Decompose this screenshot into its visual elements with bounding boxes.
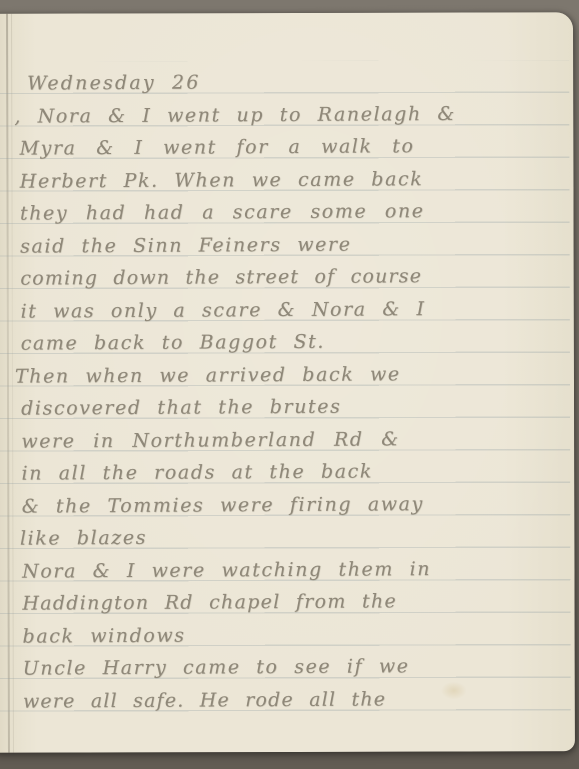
- diary-line: , Nora & I went up to Ranelagh &: [0, 97, 572, 133]
- notebook-page: Wednesday 26 , Nora & I went up to Ranel…: [0, 12, 575, 753]
- diary-line: Then when we arrived back we: [0, 357, 574, 393]
- diary-line: discovered that the brutes: [0, 389, 574, 425]
- diary-line: said the Sinn Feiners were: [0, 227, 573, 263]
- diary-line: they had had a scare some one: [0, 194, 573, 230]
- diary-line: in all the roads at the back: [0, 454, 575, 490]
- photo-backdrop: Wednesday 26 , Nora & I went up to Ranel…: [0, 0, 579, 769]
- entry-date-heading: Wednesday 26: [0, 64, 572, 100]
- diary-line: Nora & I were watching them in: [0, 552, 575, 588]
- diary-line: it was only a scare & Nora & I: [0, 292, 574, 328]
- diary-line: were in Northumberland Rd &: [0, 422, 574, 458]
- diary-line: Herbert Pk. When we came back: [0, 162, 573, 198]
- diary-line: were all safe. He rode all the: [0, 682, 576, 718]
- diary-entry: Wednesday 26 , Nora & I went up to Ranel…: [0, 64, 576, 718]
- diary-line: Uncle Harry came to see if we: [0, 649, 576, 685]
- diary-line: & the Tommies were firing away: [0, 487, 575, 523]
- diary-line: back windows: [0, 617, 576, 653]
- diary-line: coming down the street of course: [0, 259, 573, 295]
- diary-line: Haddington Rd chapel from the: [0, 584, 575, 620]
- diary-line: like blazes: [0, 519, 575, 555]
- diary-line: came back to Baggot St.: [0, 324, 574, 360]
- diary-line: Myra & I went for a walk to: [0, 129, 573, 165]
